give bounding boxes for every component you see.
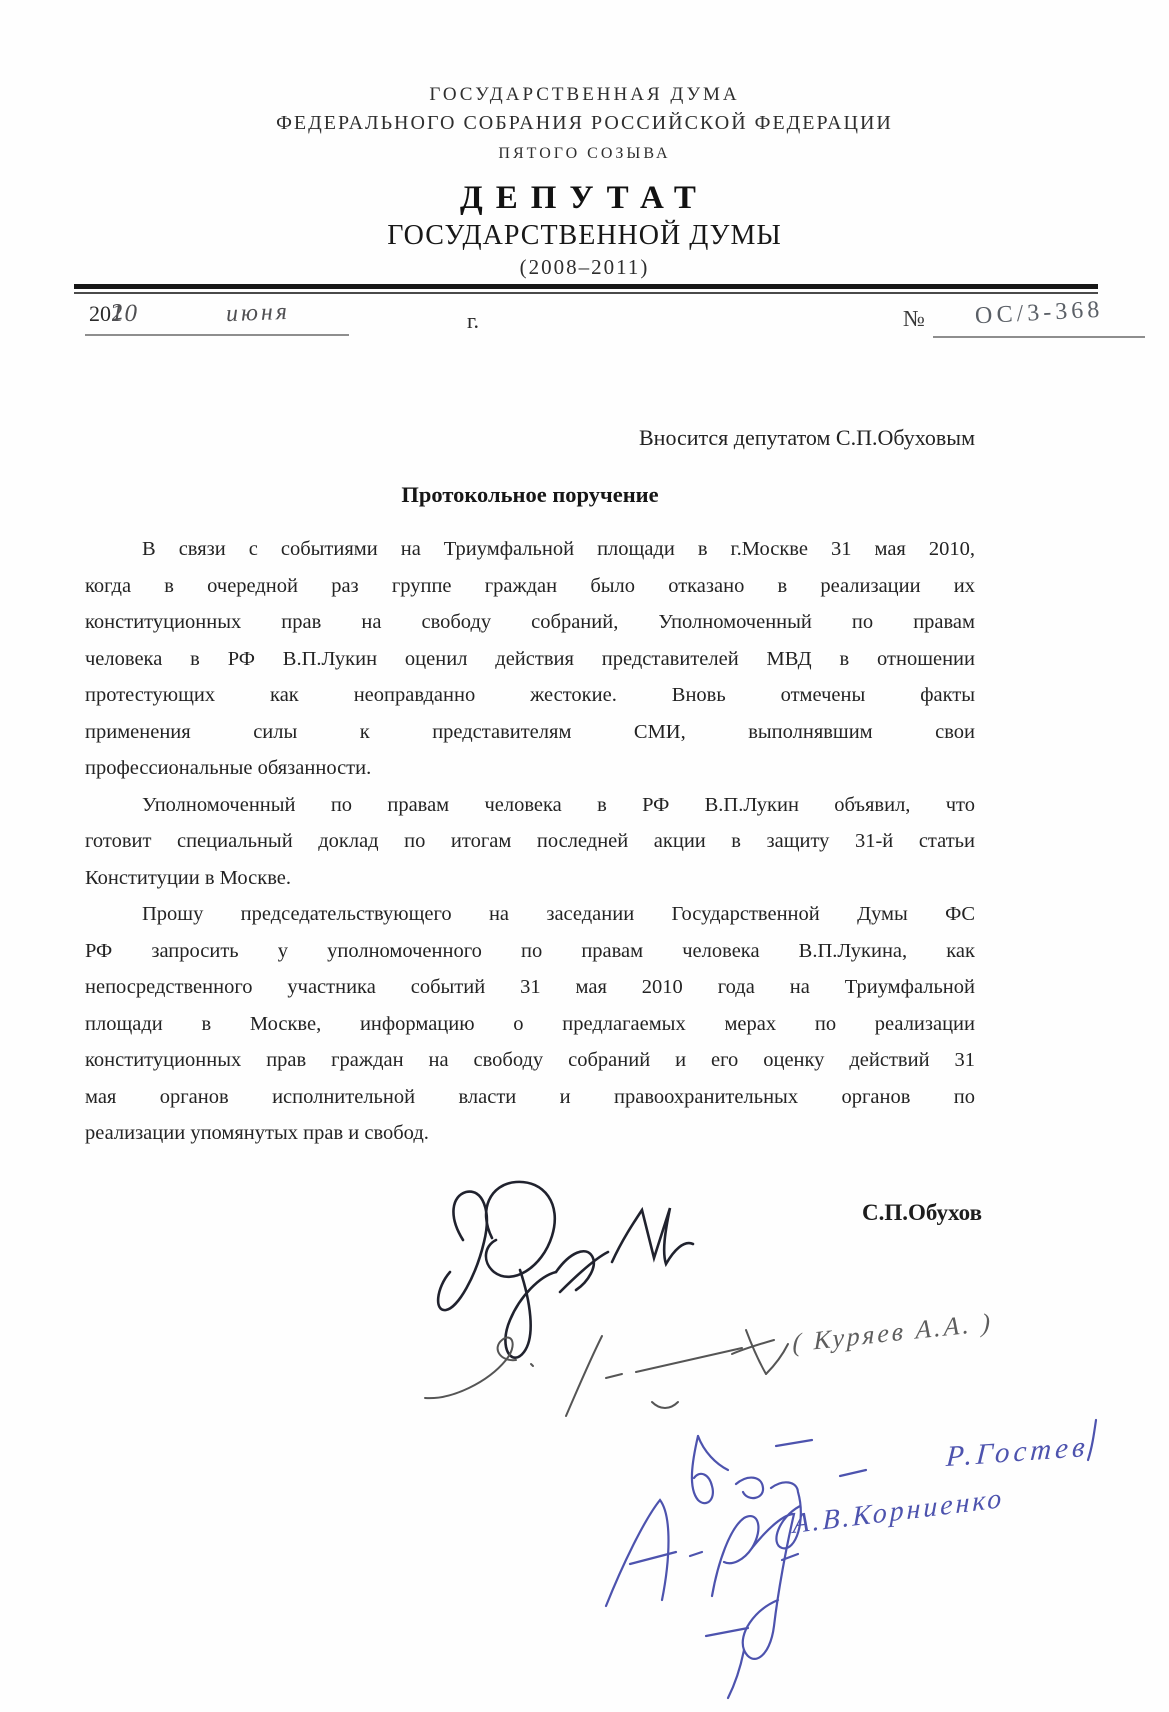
body-line: мая органов исполнительной власти и прав…: [85, 1079, 975, 1116]
body-line: готовит специальный доклад по итогам пос…: [85, 823, 975, 860]
letterhead-role-of: ГОСУДАРСТВЕННОЙ ДУМЫ: [0, 220, 1169, 252]
body-line: человека в РФ В.П.Лукин оценил действия …: [85, 641, 975, 678]
body-line: площади в Москве, информацию о предлагае…: [85, 1006, 975, 1043]
body-line: Конституции в Москве.: [85, 860, 975, 897]
number-field: ОС/3-368: [933, 300, 1145, 338]
letterhead-term: (2008–2011): [0, 255, 1169, 280]
submitted-by-line: Вносится депутатом С.П.Обуховым: [85, 425, 975, 451]
cosigner-name-1: ( Куряев А.А. ): [793, 1307, 993, 1358]
body-line: РФ запросить у уполномоченного по правам…: [85, 933, 975, 970]
header-rule-thin: [74, 292, 1098, 294]
number-sign: №: [903, 306, 925, 332]
body-line: профессиональные обязанности.: [85, 750, 975, 787]
body-line: непосредственного участника событий 31 м…: [85, 969, 975, 1006]
body-line: реализации упомянутых прав и свобод.: [85, 1115, 975, 1152]
date-month-field: июня: [167, 300, 349, 336]
date-day-field: 2: [85, 300, 149, 336]
body-line: В связи с событиями на Триумфальной площ…: [85, 531, 975, 568]
cosigner-name-3: А.В.Корниенко: [793, 1483, 1005, 1541]
cosigner-signature-3-scribble: [606, 1500, 798, 1698]
number-handwritten: ОС/3-368: [974, 297, 1104, 331]
body-line: Прошу председательствующего на заседании…: [85, 896, 975, 933]
body-line: применения силы к представителям СМИ, вы…: [85, 714, 975, 751]
letterhead: ГОСУДАРСТВЕННАЯ ДУМА ФЕДЕРАЛЬНОГО СОБРАН…: [0, 84, 1169, 280]
body-line: протестующих как неоправданно жестокие. …: [85, 677, 975, 714]
body-line: Уполномоченный по правам человека в РФ В…: [85, 787, 975, 824]
header-rule-thick: [74, 284, 1098, 289]
letterhead-line-1: ГОСУДАРСТВЕННАЯ ДУМА: [0, 84, 1169, 106]
document-body: В связи с событиями на Триумфальной площ…: [85, 531, 975, 1152]
date-year-suffix: г.: [467, 308, 479, 334]
main-signature-scribble: [438, 1182, 693, 1358]
letterhead-role: ДЕПУТАТ: [0, 180, 1169, 217]
letterhead-line-2: ФЕДЕРАЛЬНОГО СОБРАНИЯ РОССИЙСКОЙ ФЕДЕРАЦ…: [0, 112, 1169, 135]
document-title: Протокольное поручение: [85, 482, 975, 508]
date-day-handwritten: 2: [109, 299, 125, 327]
date-number-line: 2 июня 2010 г. № ОС/3-368: [85, 300, 1105, 352]
body-line: когда в очередной раз группе граждан был…: [85, 568, 975, 605]
body-line: конституционных прав на свободу собраний…: [85, 604, 975, 641]
body-line: конституционных прав граждан на свободу …: [85, 1042, 975, 1079]
letterhead-line-3: ПЯТОГО СОЗЫВА: [0, 145, 1169, 163]
cosigner-signature-1-scribble: [425, 1330, 788, 1416]
scanned-document-page: ГОСУДАРСТВЕННАЯ ДУМА ФЕДЕРАЛЬНОГО СОБРАН…: [0, 0, 1169, 1712]
cosigner-name-2: Р.Гостев: [945, 1431, 1090, 1474]
date-month-handwritten: июня: [226, 299, 291, 328]
main-signatory-name: С.П.Обухов: [700, 1200, 982, 1226]
